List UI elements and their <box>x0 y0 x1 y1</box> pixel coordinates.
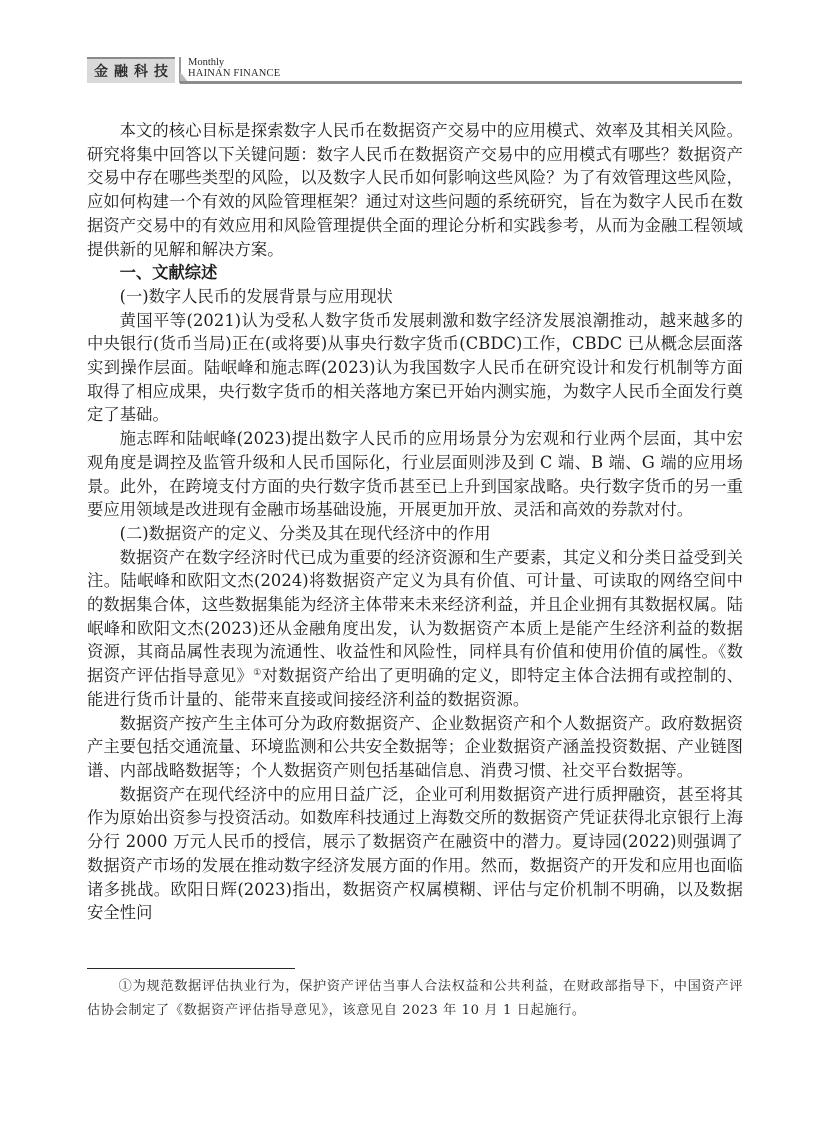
paragraph-cbdc-background: 黄国平等(2021)认为受私人数字货币发展刺激和数字经济发展浪潮推动，越来越多的… <box>87 309 743 428</box>
paragraph-data-asset-classification: 数据资产按产生主体可分为政府数据资产、企业数据资产和个人数据资产。政府数据资产主… <box>87 712 743 783</box>
footnote-1: ①为规范数据评估执业行为，保护资产评估当事人合法权益和公共利益，在财政部指导下，… <box>87 975 743 1023</box>
paragraph-cbdc-applications: 施志晖和陆岷峰(2023)提出数字人民币的应用场景分为宏观和行业两个层面，其中宏… <box>87 427 743 522</box>
section-label-badge: 金融科技 <box>87 57 175 83</box>
header-rule <box>180 81 742 84</box>
footnote-marker: ① <box>119 979 133 994</box>
section-heading-literature-review: 一、文献综述 <box>87 261 743 285</box>
journal-title: HAINAN FINANCE <box>188 68 280 79</box>
paragraph-data-asset-definition: 数据资产在数字经济时代已成为重要的经济资源和生产要素，其定义和分类日益受到关注。… <box>87 546 743 712</box>
footnote-separator <box>87 968 295 969</box>
paragraph-data-asset-applications: 数据资产在现代经济中的应用日益广泛，企业可利用数据资产进行质押融资，甚至将其作为… <box>87 783 743 925</box>
running-header: 金融科技 Monthly HAINAN FINANCE <box>87 57 743 85</box>
paragraph-text-before-footnote: 数据资产在数字经济时代已成为重要的经济资源和生产要素，其定义和分类日益受到关注。… <box>87 548 743 686</box>
article-body: 本文的核心目标是探索数字人民币在数据资产交易中的应用模式、效率及其相关风险。研究… <box>87 119 743 925</box>
footnote-text: 为规范数据评估执业行为，保护资产评估当事人合法权益和公共利益，在财政部指导下，中… <box>87 979 743 1018</box>
paragraph-research-goal: 本文的核心目标是探索数字人民币在数据资产交易中的应用模式、效率及其相关风险。研究… <box>87 119 743 261</box>
footnote-reference-marker[interactable]: ① <box>253 668 261 678</box>
subsection-heading-2: (二)数据资产的定义、分类及其在现代经济中的作用 <box>87 522 743 546</box>
subsection-heading-1: (一)数字人民币的发展背景与应用现状 <box>87 285 743 309</box>
journal-frequency: Monthly <box>188 57 280 68</box>
journal-name: Monthly HAINAN FINANCE <box>188 57 280 79</box>
